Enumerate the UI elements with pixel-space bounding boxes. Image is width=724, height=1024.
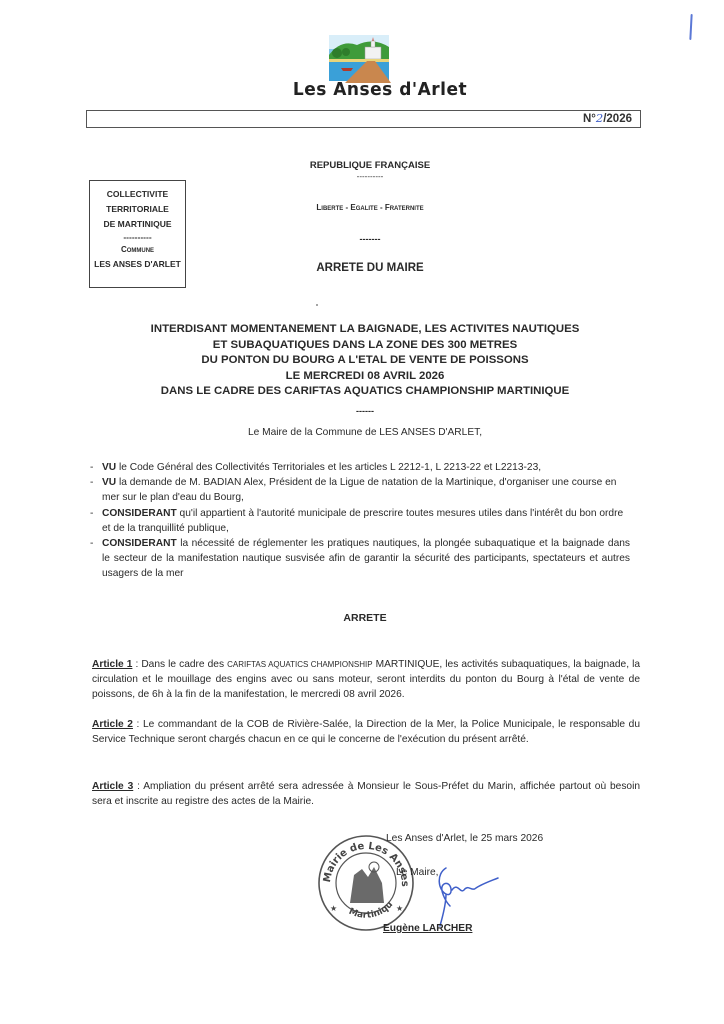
town-logo-image: [327, 33, 391, 83]
bullet-dash: -: [90, 475, 93, 490]
number-year: /2026: [603, 113, 632, 125]
consideration-keyword: CONSIDERANT: [102, 538, 177, 549]
collectivity-box: COLLECTIVITE TERRITORIALE DE MARTINIQUE …: [89, 180, 186, 288]
article-text: : Ampliation du présent arrêté sera adre…: [92, 781, 640, 807]
collectivity-line: DE MARTINIQUE: [90, 217, 185, 232]
bullet-dash: -: [90, 460, 93, 475]
article-label: Article 3: [92, 781, 133, 792]
republic-heading: REPUBLIQUE FRANÇAISE: [270, 160, 470, 171]
consideration-text: la nécessité de réglementer les pratique…: [102, 538, 630, 579]
collectivity-line: COLLECTIVITE: [90, 187, 185, 202]
consideration-keyword: VU: [102, 477, 116, 488]
town-name-logo: Les Anses d'Arlet: [280, 80, 480, 101]
event-name: CARIFTAS AQUATICS CHAMPIONSHIP: [227, 660, 372, 669]
title-line: INTERDISANT MOMENTANEMENT LA BAIGNADE, L…: [110, 322, 620, 338]
consideration-text: la demande de M. BADIAN Alex, Président …: [102, 477, 616, 503]
national-motto: Liberte - Egalite - Fraternite: [270, 203, 470, 212]
mayor-intro: Le Maire de la Commune de LES ANSES D'AR…: [110, 427, 620, 438]
article-text: : Dans le cadre des: [132, 659, 227, 670]
consideration-item: -VU le Code Général des Collectivités Te…: [90, 460, 630, 475]
scan-speck: [316, 304, 318, 306]
decree-heading: ARRETE: [300, 612, 430, 624]
title-line: DU PONTON DU BOURG A L'ETAL DE VENTE DE …: [110, 353, 620, 369]
separator: ----------: [270, 172, 470, 181]
decree-number-box: N°2/2026: [86, 110, 641, 128]
mayor-name: Eugène LARCHER: [383, 923, 472, 934]
bullet-dash: -: [90, 506, 93, 521]
title-line: LE MERCREDI 08 AVRIL 2026: [110, 369, 620, 385]
article-1: Article 1 : Dans le cadre des CARIFTAS A…: [92, 657, 640, 703]
article-3: Article 3 : Ampliation du présent arrêté…: [92, 779, 640, 809]
svg-text:★: ★: [396, 904, 403, 913]
title-line: ET SUBAQUATIQUES DANS LA ZONE DES 300 ME…: [110, 338, 620, 354]
separator: ------: [110, 406, 620, 416]
consideration-item: -VU la demande de M. BADIAN Alex, Présid…: [90, 475, 630, 505]
article-text: : Le commandant de la COB de Rivière-Sal…: [92, 719, 640, 745]
consideration-keyword: CONSIDERANT: [102, 508, 177, 519]
article-label: Article 2: [92, 719, 133, 730]
handwritten-margin-mark: [689, 14, 692, 40]
consideration-text: le Code Général des Collectivités Territ…: [116, 462, 541, 473]
separator: -------: [270, 234, 470, 244]
separator: ----------: [90, 232, 185, 242]
article-label: Article 1: [92, 659, 132, 670]
consideration-keyword: VU: [102, 462, 116, 473]
place-and-date: Les Anses d'Arlet, le 25 mars 2026: [386, 833, 543, 844]
svg-text:★: ★: [330, 904, 337, 913]
article-2: Article 2 : Le commandant de la COB de R…: [92, 717, 640, 747]
decree-number: N°2/2026: [583, 111, 632, 125]
number-label: N°: [583, 113, 596, 125]
official-stamp-icon: Mairie de Les Anses d'Arlet Martinique ★…: [316, 833, 416, 933]
commune-label: Commune: [90, 242, 185, 257]
bullet-dash: -: [90, 536, 93, 551]
consideration-item: -CONSIDERANT qu'il appartient à l'autori…: [90, 506, 630, 536]
handwritten-signature-icon: [432, 860, 502, 930]
considerations-list: -VU le Code Général des Collectivités Te…: [90, 460, 630, 582]
commune-name: LES ANSES D'ARLET: [90, 257, 185, 272]
title-line: DANS LE CADRE DES CARIFTAS AQUATICS CHAM…: [110, 384, 620, 400]
collectivity-line: TERRITORIALE: [90, 202, 185, 217]
document-type-heading: ARRETE DU MAIRE: [270, 262, 470, 274]
decree-title: INTERDISANT MOMENTANEMENT LA BAIGNADE, L…: [110, 322, 620, 400]
consideration-item: -CONSIDERANT la nécessité de réglementer…: [90, 536, 630, 582]
consideration-text: qu'il appartient à l'autorité municipale…: [102, 508, 623, 534]
